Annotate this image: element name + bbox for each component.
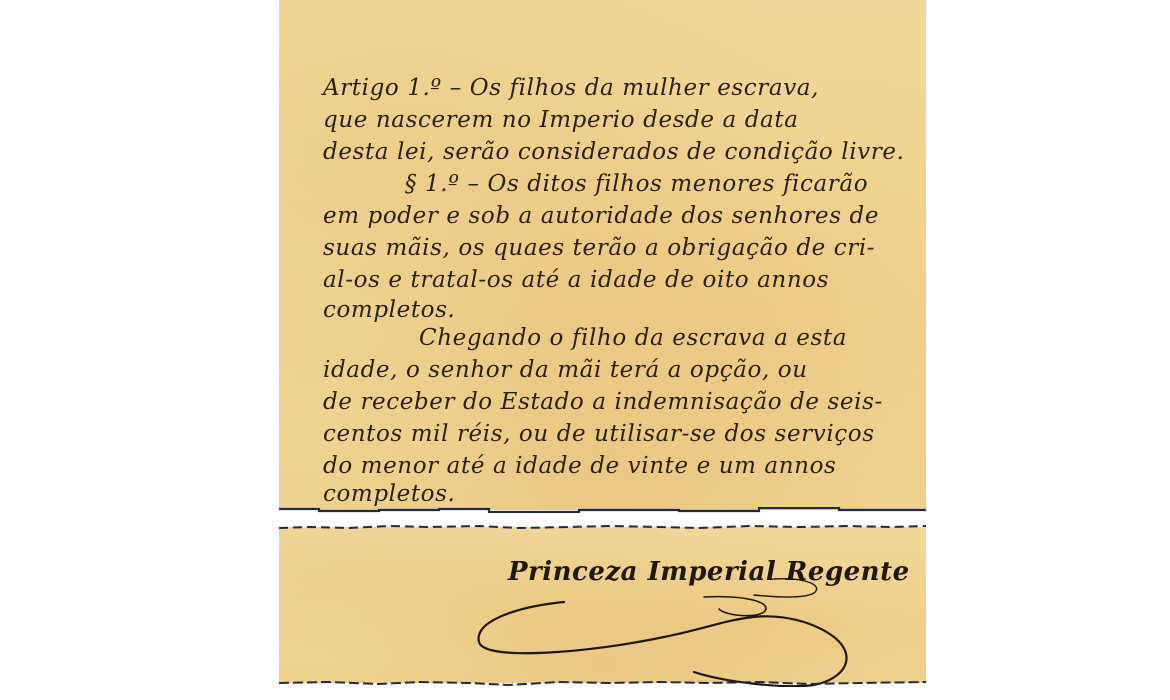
- torn-edge-bottom-fragment-bottom: [279, 680, 926, 686]
- manuscript-bottom-fragment: Princeza Imperial Regente: [279, 527, 926, 683]
- text-line-paragraph-2: Chegando o filho da escrava a esta: [419, 322, 847, 354]
- text-line: que nascerem no Imperio desde a data: [323, 104, 799, 136]
- manuscript-top-fragment: Artigo 1.º – Os filhos da mulher escrava…: [279, 0, 926, 510]
- text-line: idade, o senhor da mãi terá a opção, ou: [323, 354, 808, 386]
- text-line-paragraph-1: § 1.º – Os ditos filhos menores ficarão: [405, 168, 868, 200]
- text-line: desta lei, serão considerados de condiçã…: [323, 136, 905, 168]
- text-line: de receber do Estado a indemnisação de s…: [323, 386, 883, 418]
- signature-flourish-icon: [474, 567, 894, 687]
- signature: Princeza Imperial Regente: [504, 557, 884, 677]
- torn-edge-top-fragment: [279, 507, 926, 513]
- text-line: em poder e sob a autoridade dos senhores…: [323, 200, 879, 232]
- torn-edge-bottom-fragment-top: [279, 524, 926, 530]
- text-line: completos.: [323, 478, 455, 510]
- text-line: centos mil réis, ou de utilisar-se dos s…: [323, 418, 875, 450]
- text-line: al-os e tratal-os até a idade de oito an…: [323, 264, 829, 296]
- text-line: suas mãis, os quaes terão a obrigação de…: [323, 232, 875, 264]
- text-line-article-heading: Artigo 1.º – Os filhos da mulher escrava…: [323, 72, 819, 104]
